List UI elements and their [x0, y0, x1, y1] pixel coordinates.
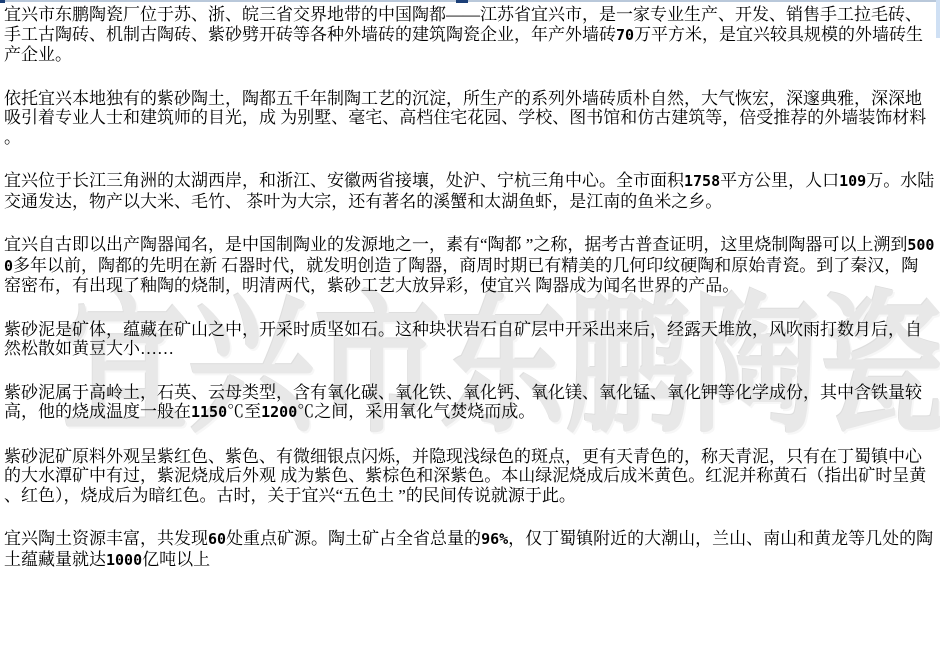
paragraph: 依托宜兴本地独有的紫砂陶土，陶都五千年制陶工艺的沉淀，所生产的系列外墙砖质朴自然…	[4, 89, 935, 148]
scrollbar-sliver	[936, 0, 940, 38]
window-top-edge-artifact	[0, 0, 940, 2]
paragraph: 宜兴陶土资源丰富，共发现60处重点矿源。陶土矿占全省总量的96%，仅丁蜀镇附近的…	[4, 529, 935, 570]
paragraph: 紫砂泥是矿体，蕴藏在矿山之中，开采时质坚如石。这种块状岩石自矿层中开采出来后，经…	[4, 320, 935, 359]
paragraph: 宜兴自古即以出产陶器闻名，是中国制陶业的发源地之一，素有“陶都 ”之称，据考古普…	[4, 235, 935, 296]
paragraph: 紫砂泥矿原料外观呈紫红色、紫色、有微细银点闪烁，并隐现浅绿色的斑点，更有天青色的…	[4, 447, 935, 506]
paragraph: 宜兴市东鹏陶瓷厂位于苏、浙、皖三省交界地带的中国陶都——江苏省宜兴市，是一家专业…	[4, 5, 935, 65]
article-body: 宜兴市东鹏陶瓷厂位于苏、浙、皖三省交界地带的中国陶都——江苏省宜兴市，是一家专业…	[4, 5, 935, 594]
window-top-fragment	[456, 0, 468, 3]
paragraph: 紫砂泥属于高岭土，石英、云母类型，含有氧化碳、氧化铁、氧化钙、氧化镁、氧化锰、氧…	[4, 383, 935, 423]
window-corner-fragment	[0, 0, 5, 3]
paragraph: 宜兴位于长江三角洲的太湖西岸，和浙江、安徽两省接壤，处沪、宁杭三角中心。全市面积…	[4, 171, 935, 211]
